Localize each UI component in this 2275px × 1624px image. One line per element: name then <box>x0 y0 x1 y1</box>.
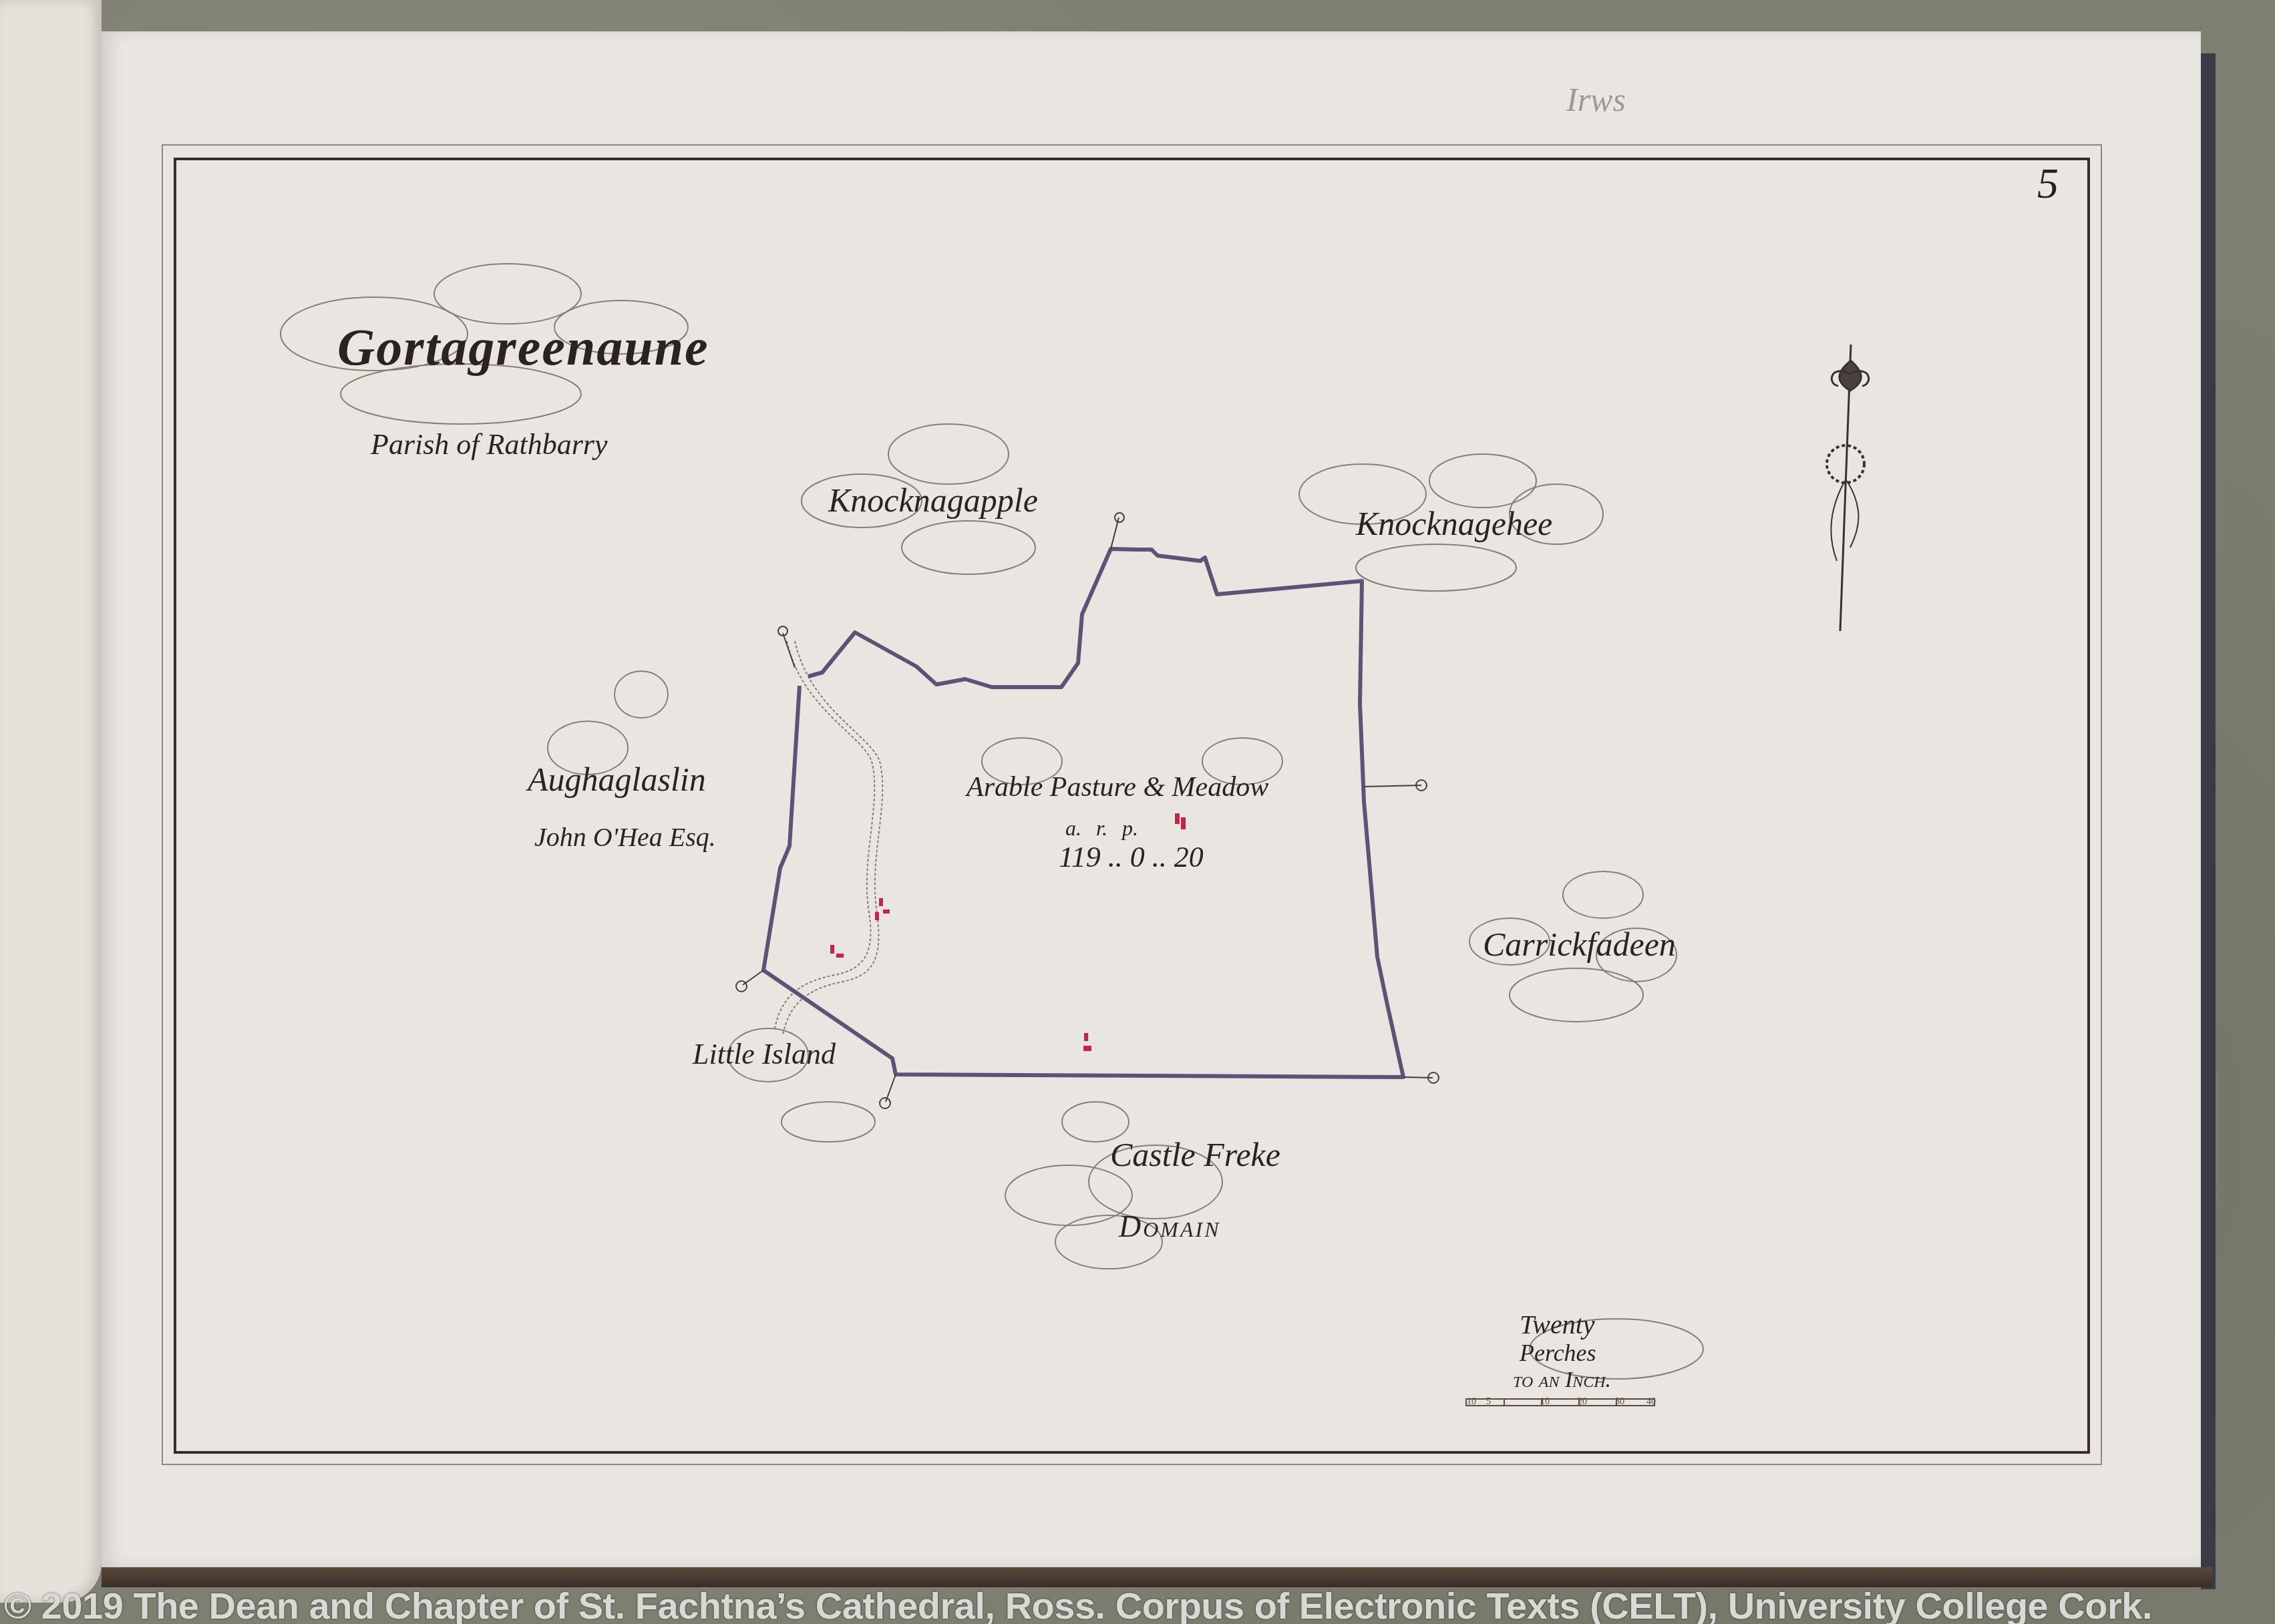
neighbour-castle-freke: Castle Freke <box>1110 1135 1280 1174</box>
scale-tick: 10 <box>1467 1397 1476 1408</box>
copyright-caption: © 2019 The Dean and Chapter of St. Facht… <box>4 1584 2152 1624</box>
north-arrow-icon <box>1827 345 1869 631</box>
area-value: 119 .. 0 .. 20 <box>1059 840 1204 874</box>
neighbour-carrickfadeen: Carrickfadeen <box>1483 925 1676 964</box>
land-description: Arable Pasture & Meadow <box>967 771 1268 803</box>
map-title: Gortagreenaune <box>337 317 709 377</box>
scale-tick: 40 <box>1646 1397 1656 1408</box>
neighbour-aughaglaslin: Aughaglaslin <box>528 760 706 799</box>
scale-tick: 20 <box>1578 1397 1587 1408</box>
pencil-annotation: Irws <box>1566 80 1626 119</box>
scale-text-2: Perches <box>1520 1339 1596 1367</box>
scale-bar <box>1466 1399 1654 1406</box>
scale-text-3: to an Inch. <box>1513 1368 1611 1393</box>
aughaglaslin-owner: John O'Hea Esq. <box>534 821 716 853</box>
area-units: a. r. p. <box>1065 816 1138 841</box>
scale-text-1: Twenty <box>1520 1309 1595 1340</box>
scale-tick: 5 <box>1486 1397 1491 1408</box>
page-number: 5 <box>2037 159 2059 208</box>
scale-tick: 30 <box>1615 1397 1624 1408</box>
neighbour-knocknagehee: Knocknagehee <box>1356 504 1552 543</box>
scale-tick: 10 <box>1540 1397 1550 1408</box>
neighbour-knocknagapple: Knocknagapple <box>828 481 1038 520</box>
parish-name: Parish of Rathbarry <box>371 427 607 461</box>
townland-boundary <box>763 549 1403 1077</box>
castle-freke-domain: Domain <box>1119 1209 1221 1244</box>
map-drawing <box>0 0 2275 1624</box>
neighbour-little-island: Little Island <box>693 1037 836 1071</box>
